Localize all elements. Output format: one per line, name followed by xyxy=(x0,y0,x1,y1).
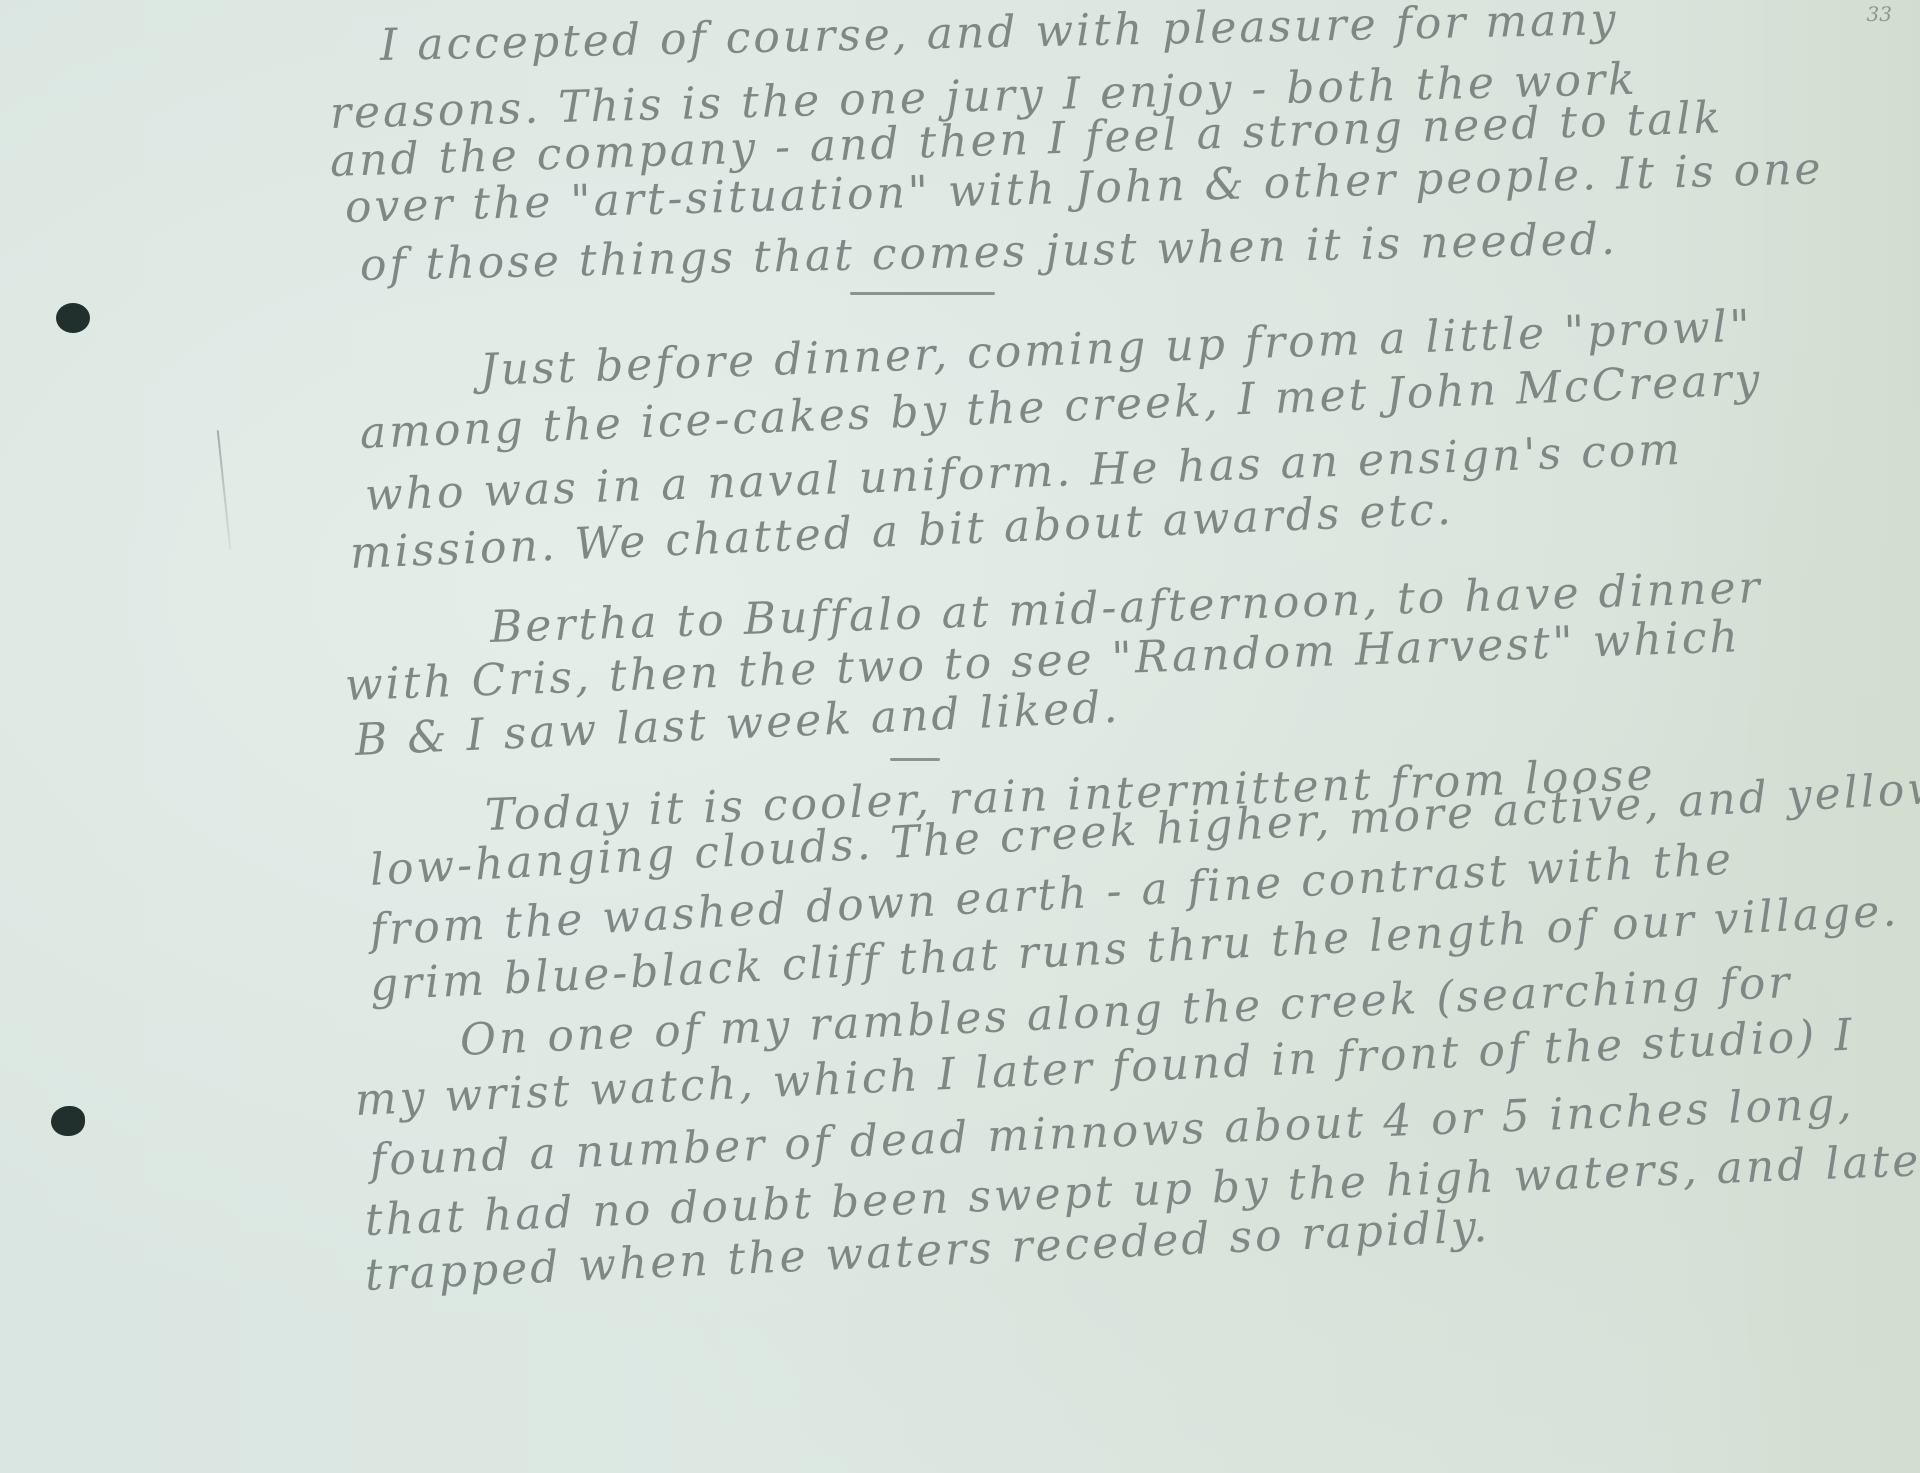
punch-hole-bottom xyxy=(51,1106,85,1136)
manuscript-page: 33 I accepted of course, and with pleasu… xyxy=(0,0,1920,1473)
margin-pencil-mark xyxy=(217,430,232,550)
punch-hole-top xyxy=(56,303,90,333)
section-divider xyxy=(890,758,940,761)
page-number: 33 xyxy=(1867,2,1892,26)
section-divider xyxy=(850,292,995,295)
